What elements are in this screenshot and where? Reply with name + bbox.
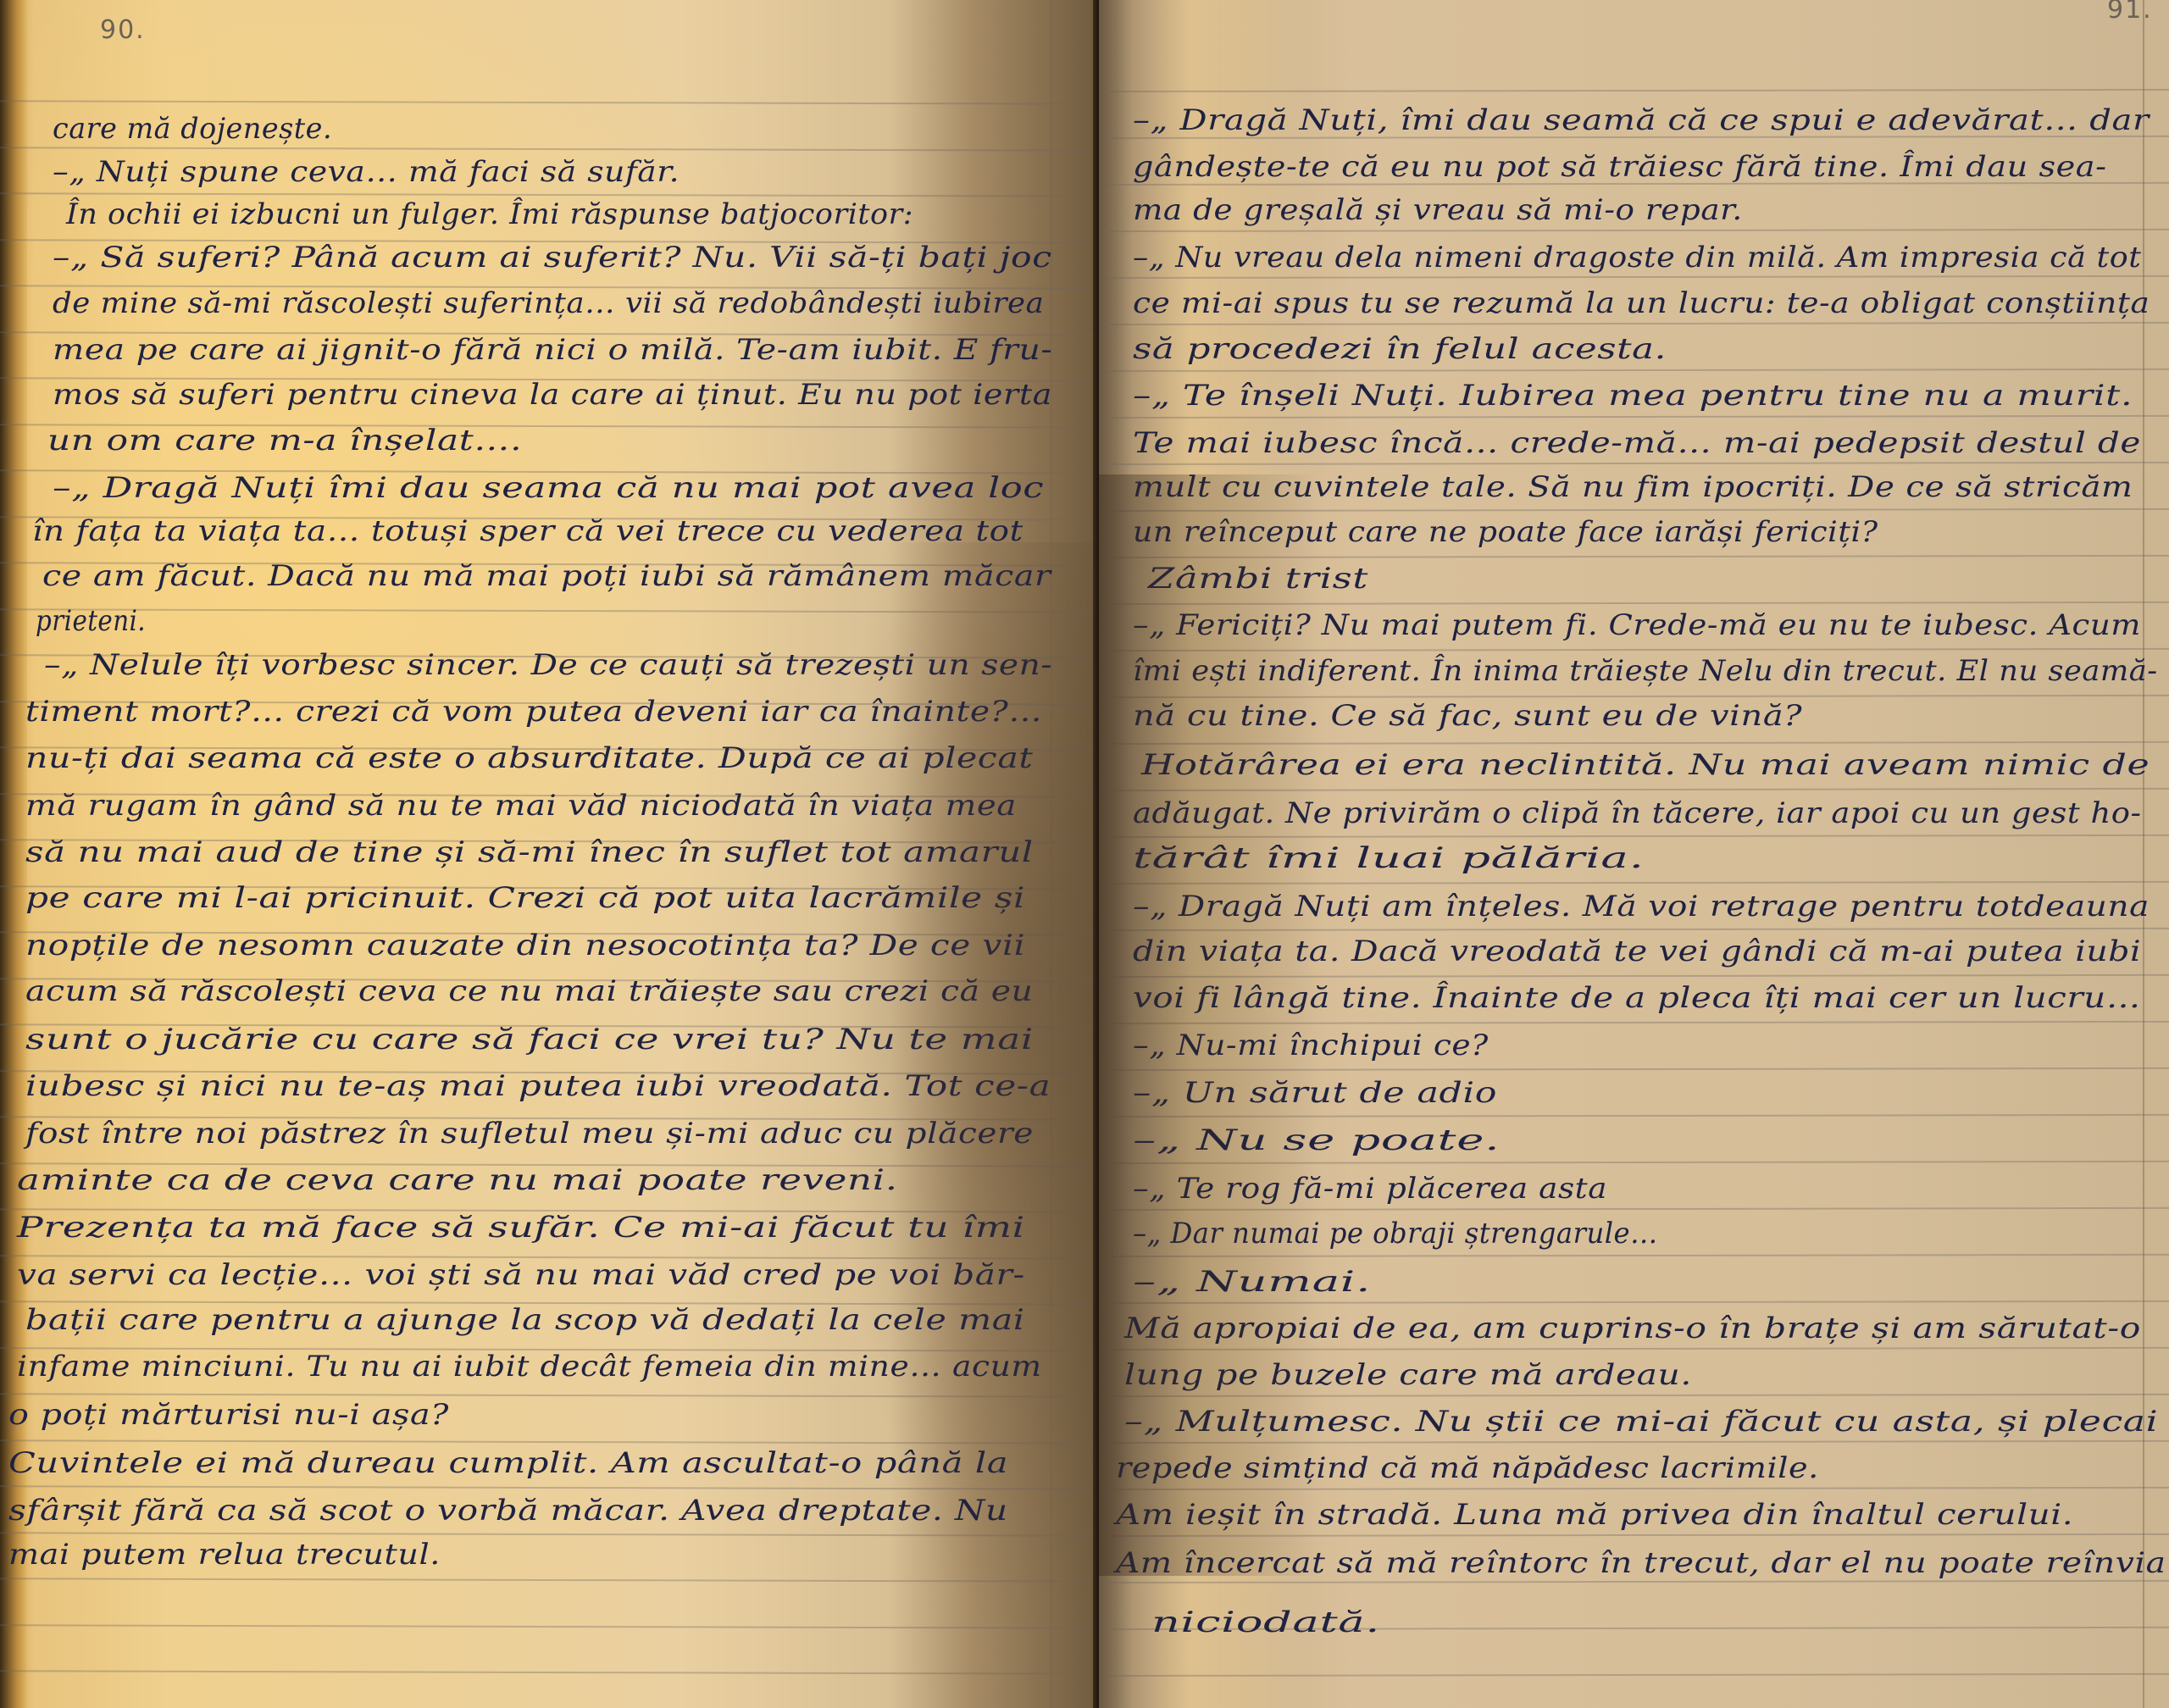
ruled-line [1099,881,2169,884]
handwritten-line: adăugat. Ne privirăm o clipă în tăcere, … [1133,796,2141,830]
ruled-line [1099,462,2169,465]
page-number-left: 90. [100,15,146,45]
page-margin-line [2143,0,2144,1708]
handwritten-line: care mă dojenește. [53,112,332,146]
ruled-line [1099,1533,2169,1537]
handwritten-line: bații care pentru a ajunge la scop vă de… [25,1303,1025,1337]
handwritten-line: mea pe care ai jignit-o fără nici o milă… [53,333,1052,367]
ruled-line [1099,648,2169,652]
ruled-line [1099,322,2169,325]
handwritten-line: Te mai iubesc încă… crede-mă… m-ai pedep… [1133,426,2141,460]
handwritten-line: gândește-te că eu nu pot să trăiesc fără… [1133,150,2107,184]
notebook-spread: 90. care mă dojenește.–„ Nuți spune ceva… [0,0,2169,1708]
ruled-line [0,608,1099,613]
handwritten-line: prieteni. [36,604,146,638]
ruled-line [1099,1394,2169,1397]
ruled-line [1099,1673,2169,1677]
handwritten-line: –„ Nu se poate. [1133,1123,1500,1157]
ruled-line [0,1485,1099,1489]
handwritten-line: –„ Un sărut de adio [1133,1076,1497,1110]
ruled-line [1099,928,2169,931]
handwritten-line: un om care m-a înșelat…. [47,424,522,457]
ruled-line [0,100,1099,104]
ruled-line [1099,1207,2169,1211]
handwritten-line: sunt o jucărie cu care să faci ce vrei t… [25,1023,1034,1056]
handwritten-line: nopțile de nesomn cauzate din nesocotinț… [25,929,1025,962]
handwritten-line: timent mort?… crezi că vom putea deveni … [25,695,1042,729]
handwritten-line: ma de greșală și vreau să mi-o repar. [1133,193,1743,227]
ruled-line [1099,1161,2169,1164]
handwritten-line: mă rugam în gând să nu te mai văd niciod… [25,789,1017,823]
handwritten-line: –„ Fericiți? Nu mai putem fi. Crede-mă e… [1133,608,2141,642]
ruled-line [1099,1067,2169,1071]
ruled-line [1099,1114,2169,1117]
handwritten-line: –„ Dragă Nuți am înțeles. Mă voi retrage… [1133,890,2150,923]
ruled-line [1099,602,2169,605]
ruled-line [1099,1487,2169,1490]
ruled-line [1099,1254,2169,1257]
handwritten-line: o poți mărturisi nu-i așa? [8,1398,449,1432]
handwritten-line: –„ Să suferi? Până acum ai suferit? Nu. … [53,241,1052,274]
handwritten-line: îmi ești indiferent. În inima trăiește N… [1133,654,2158,688]
handwritten-line: tărât îmi luai pălăria. [1133,841,1645,875]
handwritten-line: În ochii ei izbucni un fulger. Îmi răspu… [66,197,913,231]
ruled-line [1099,369,2169,372]
handwritten-line: –„ Numai. [1133,1265,1371,1299]
ruled-line [1099,229,2169,232]
handwritten-line: mai putem relua trecutul. [8,1538,441,1572]
ruled-line [0,1439,1099,1444]
ruled-line [1099,1300,2169,1304]
handwritten-line: –„ Te înșeli Nuți. Iubirea mea pentru ti… [1133,379,2133,413]
handwritten-line: ce mi-ai spus tu se rezumă la un lucru: … [1133,286,2150,320]
ruled-line [0,1578,1099,1582]
handwritten-line: –„ Mulțumesc. Nu știi ce mi-ai făcut cu … [1124,1405,2158,1439]
ruled-line [1099,1021,2169,1024]
ruled-line [1099,741,2169,745]
handwritten-line: de mine să-mi răscolești suferința… vii … [53,286,1044,320]
page-number-right: 91. [2107,0,2153,25]
handwritten-line: Prezența ta mă face să sufăr. Ce mi-ai f… [17,1211,1025,1245]
handwritten-line: lung pe buzele care mă ardeau. [1124,1358,1692,1392]
handwritten-line: infame minciuni. Tu nu ai iubit decât fe… [17,1350,1042,1384]
handwritten-line: –„ Te rog fă-mi plăcerea asta [1133,1172,1607,1206]
handwritten-line: –„ Dar numai pe obraji ștrengarule… [1133,1217,1658,1250]
ruled-line [1099,415,2169,419]
handwritten-line: ce am făcut. Dacă nu mă mai poți iubi să… [42,559,1051,593]
handwritten-line: nu-ți dai seama că este o absurditate. D… [25,741,1034,775]
ruled-line [1099,555,2169,558]
ruled-line [0,1532,1099,1536]
ruled-line [1099,89,2169,92]
ruled-line [0,1670,1099,1674]
handwritten-line: Am încercat să mă reîntorc în trecut, da… [1116,1546,2166,1580]
ruled-line [0,1624,1099,1628]
handwritten-line: –„ Nelule îți vorbesc sincer. De ce cauț… [44,648,1052,682]
handwritten-line: –„ Nuți spune ceva… mă faci să sufăr. [53,155,680,189]
handwritten-line: Cuvintele ei mă dureau cumplit. Am ascul… [8,1446,1008,1480]
ruled-line [1099,974,2169,978]
ruled-line [0,1393,1099,1397]
handwritten-line: va servi ca lecție… voi ști să nu mai vă… [17,1258,1025,1292]
handwritten-line: mos să suferi pentru cineva la care ai ț… [53,378,1052,412]
ruled-line [1099,275,2169,279]
handwritten-line: pe care mi l-ai pricinuit. Crezi că pot … [25,881,1025,915]
handwritten-line: Hotărârea ei era neclintită. Nu mai avea… [1141,748,2150,782]
handwritten-line: Mă apropiai de ea, am cuprins-o în brațe… [1124,1311,2141,1345]
handwritten-line: să procedezi în felul acesta. [1133,332,1667,366]
handwritten-line: –„ Dragă Nuți îmi dau seama că nu mai po… [53,471,1044,505]
handwritten-line: mult cu cuvintele tale. Să nu fim ipocri… [1133,470,2133,504]
handwritten-line: –„ Nu-mi închipui ce? [1133,1029,1489,1062]
handwritten-line: în fața ta viața ta… totuși sper că vei … [32,514,1023,548]
handwritten-line: fost între noi păstrez în sufletul meu ș… [25,1117,1034,1151]
handwritten-line: din viața ta. Dacă vreodată te vei gândi… [1133,934,2141,968]
handwritten-line: iubesc și nici nu te-aș mai putea iubi v… [25,1069,1051,1103]
ruled-line [1099,835,2169,838]
ruled-line [0,192,1099,197]
handwritten-line: –„ Nu vreau dela nimeni dragoste din mil… [1133,241,2141,274]
ruled-line [1099,1440,2169,1444]
left-page: 90. care mă dojenește.–„ Nuți spune ceva… [0,0,1099,1708]
ruled-line [1099,508,2169,512]
ruled-line [1099,788,2169,791]
ruled-line [1099,1580,2169,1583]
handwritten-line: să nu mai aud de tine și să-mi înec în s… [25,835,1034,869]
handwritten-line: repede simțind că mă năpădesc lacrimile. [1116,1451,1819,1485]
handwritten-line: un reînceput care ne poate face iarăși f… [1133,515,1878,549]
handwritten-line: Zâmbi trist [1148,562,1368,596]
ruled-line [1099,1347,2169,1350]
handwritten-line: acum să răscolești ceva ce nu mai trăieș… [25,974,1033,1008]
ruled-line [0,147,1099,151]
handwritten-line: sfârșit fără ca să scot o vorbă măcar. A… [8,1494,1008,1528]
ruled-line [1099,695,2169,698]
handwritten-line: voi fi lângă tine. Înainte de a pleca îț… [1133,981,2141,1015]
handwritten-line: nă cu tine. Ce să fac, sunt eu de vină? [1133,699,1802,733]
right-page: 91. –„ Dragă Nuți, îmi dau seamă că ce s… [1099,0,2169,1708]
handwritten-line: Am ieșit în stradă. Luna mă privea din î… [1116,1498,2073,1532]
handwritten-line: niciodată. [1151,1605,1380,1639]
handwritten-line: aminte ca de ceva care nu mai poate reve… [17,1163,898,1197]
handwritten-line: –„ Dragă Nuți, îmi dau seamă că ce spui … [1133,103,2150,137]
